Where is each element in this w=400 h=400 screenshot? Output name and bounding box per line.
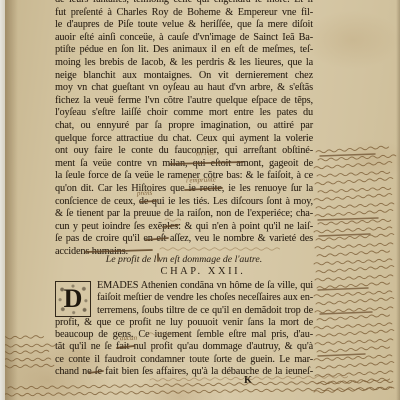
marginalia-handwriting-line — [317, 378, 390, 385]
interlinear-annotation-en-lair: en l'air — [196, 150, 216, 158]
marginalia-handwriting-line — [317, 346, 390, 353]
printed-line: ont ouy faire le conte du fauconnier, qu… — [55, 145, 313, 158]
marginalia-handwriting-line — [314, 193, 392, 201]
marginalia-handwriting-line — [314, 355, 392, 361]
marginalia-handwriting-line — [314, 387, 392, 393]
marginalia-handwriting-line — [315, 307, 393, 313]
marginalia-handwriting-line — [317, 282, 390, 289]
marginalia-handwriting-line — [318, 155, 396, 161]
printed-line: EMADES Athenien condãna vn hôme de ſa vi… — [97, 280, 313, 292]
marginalia-handwriting-line — [316, 297, 394, 305]
marginalia-handwriting-line — [315, 371, 393, 377]
printed-line: ptiſte pédue en ſon lit. Des animaux il … — [55, 44, 313, 57]
printed-line: auoir eſté ainſi conceüe, à cauſe d'vn'i… — [55, 32, 313, 45]
printed-line: ſe pas de croire qu'il en eſt aſſez, veu… — [55, 233, 313, 246]
chapter-title: Le profit de l'vn eſt dommage de l'autre… — [55, 254, 313, 265]
marginalia-handwriting-line — [4, 387, 394, 396]
printed-line: fichez la veuë ferme l'vn cõtre l'autre … — [55, 95, 313, 108]
marginalia-handwriting-line — [314, 259, 392, 265]
ink-strikethrough — [319, 234, 370, 236]
printed-line: le d'aupres de Piſe toute velue & heriſſ… — [55, 19, 313, 32]
marginalia-handwriting-line — [8, 380, 393, 389]
marginalia-handwriting-line — [318, 187, 391, 193]
ink-strikethrough — [318, 218, 378, 220]
signature-mark: K — [244, 375, 252, 386]
marginalia-handwriting-line — [314, 161, 392, 169]
page-edge-right — [396, 0, 400, 400]
marginalia-handwriting-line — [315, 243, 393, 249]
marginalia-handwriting-line — [315, 209, 393, 217]
printed-line: ce conte il faudroit condamner toute ſor… — [55, 354, 313, 366]
printed-line: moing les brebis de Iacob, & les perdris… — [55, 57, 313, 70]
printed-line: profit, & que ce profit ne luy pouuoit v… — [55, 317, 313, 329]
paper-page: de leurs fantaſies, teſmoing celle qui e… — [0, 0, 400, 400]
marginalia-handwriting-line — [316, 146, 389, 153]
printed-line: neige blanchit aux montaignes. On vit de… — [55, 70, 313, 83]
printed-line: chand ne ſe fait bien ſes affaires, qu'à… — [55, 366, 313, 378]
printed-line: & ſe tienent par la preuue de la raiſon,… — [55, 208, 313, 221]
printed-line: moy vn chat gueſtant vn oyſeau au haut d… — [55, 82, 313, 95]
marginalia-handwriting-line — [314, 227, 392, 233]
marginalia-handwriting-line — [318, 219, 391, 225]
ink-strikethrough — [318, 354, 365, 356]
printed-line: quelque force attractiue du chat. Ceux q… — [55, 133, 313, 146]
printed-line: ment ſa veüe contre vn milan, qui eſtoit… — [55, 158, 313, 171]
ink-strikethrough — [318, 288, 368, 290]
marginalia-handwriting-line — [315, 339, 393, 345]
printed-line: la ſeule force de ſa veüe le ramener cõt… — [55, 170, 313, 183]
paragraph-chapter-22: EMADES Athenien condãna vn hôme de ſa vi… — [55, 280, 313, 378]
printed-line: de leurs fantaſies, teſmoing celle qui e… — [55, 0, 313, 7]
marginalia-handwriting-line — [315, 177, 393, 185]
interlinear-annotation-jemprunte: i'emprunte — [186, 176, 216, 184]
printed-line: chat, ou ennyuré par ſa propre imaginati… — [55, 120, 313, 133]
marginalia-handwriting-line — [317, 250, 390, 257]
printed-line: conſcience de ceux, de qui ie les tiés. … — [55, 196, 313, 209]
printed-line: cun y peut ioindre ſes exẽples: & qui n'… — [55, 221, 313, 234]
ink-strikethrough — [320, 154, 375, 156]
marginalia-handwriting-line — [316, 361, 394, 369]
marginalia-handwriting-line — [316, 233, 394, 241]
chapter-number: CHAP. XXII. — [74, 266, 332, 278]
page-edge-shadow — [5, 0, 18, 400]
printed-line: qu'on dit. Car les Hiſtoires que ie reci… — [55, 183, 313, 196]
ink-strikethrough — [320, 312, 372, 314]
marginalia-handwriting-line — [314, 291, 392, 297]
marginalia-handwriting-line — [316, 329, 394, 337]
printed-line: terremens, ſoubs tiltre de ce qu'il en d… — [97, 305, 313, 317]
interlinear-annotation-aucun: aucun — [120, 335, 137, 343]
printed-line: l'oyſeau s'eſtre laiſſé choir comme mort… — [55, 107, 313, 120]
marginalia-handwriting-line — [317, 314, 390, 321]
marginalia-handwriting-line — [317, 171, 390, 177]
printed-line: tãt qu'il ne ſe fait nul profit qu'au do… — [55, 341, 313, 353]
interlinear-annotation-prens: prens — [137, 190, 153, 198]
marginalia-handwriting-line — [314, 323, 392, 329]
printed-line: beaucoup de gens. Ce iugement ſemble eſt… — [55, 329, 313, 341]
marginalia-handwriting-line — [316, 203, 394, 209]
printed-line: faiſoit meſtier de vendre les choſes nec… — [97, 292, 313, 304]
paragraph-imagination: de leurs fantaſies, teſmoing celle qui e… — [55, 0, 313, 258]
printed-line: fut preſenté à Charles Roy de Boheme & E… — [55, 7, 313, 20]
